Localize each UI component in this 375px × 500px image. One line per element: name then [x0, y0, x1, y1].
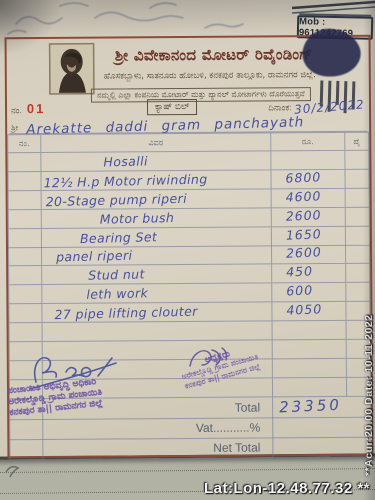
surface-dotted-line	[0, 468, 375, 473]
cell-desc: 27 pipe lifting clouter	[42, 303, 272, 324]
cell-rs: 2600	[272, 245, 346, 265]
cell-rs: 4600	[272, 189, 346, 209]
cell-rs	[271, 151, 345, 171]
cell-rs: 600	[272, 283, 346, 303]
cell-no	[8, 210, 42, 229]
stray-mark	[2, 458, 24, 480]
net-total-value-cell	[273, 436, 371, 458]
cell-no	[9, 323, 43, 342]
cell-no	[9, 439, 43, 460]
cell-no	[8, 285, 42, 304]
cell-rs	[273, 378, 347, 397]
gps-accuracy-date-overlay: **Acur:20.00 Date: 10-11-2022	[363, 86, 375, 476]
table-row-empty	[9, 321, 371, 342]
cell-desc: leth work	[42, 284, 272, 305]
net-total-label: Net Total	[43, 437, 273, 460]
cell-no	[8, 229, 42, 248]
cell-no	[8, 191, 42, 210]
cell-desc: Motor bush	[42, 208, 272, 229]
receipt-photo: Mob : 9611242769 ಶ್ರೀ ವಿವೇಕಾನಂದ ಮೋಟರ್ ರಿ…	[0, 0, 375, 500]
cell-no	[8, 304, 42, 323]
cell-desc: 20-Stage pump riperi	[42, 189, 272, 210]
cell-rs: 2600	[272, 208, 346, 228]
vat-value-cell	[273, 416, 371, 438]
bill-number-label: ನಂ.	[11, 105, 22, 116]
table-row: panel riperi 2600	[8, 245, 370, 266]
net-total-row: Net Total	[9, 436, 371, 459]
cell-desc: panel riperi	[42, 246, 272, 267]
shop-title: ಶ್ರೀ ವಿವೇಕಾನಂದ ಮೋಟರ್ ರಿವೈಂಡಿಂಗ್	[97, 45, 331, 65]
cash-bill-box: ಕ್ಯಾಷ್ ಬಿಲ್	[147, 99, 197, 115]
total-value-cell: 23350	[273, 396, 371, 418]
bill-number-value: 01	[27, 101, 46, 116]
col-header-details: ವಿವರ	[41, 133, 271, 153]
cell-no	[7, 172, 41, 191]
cell-rs: 450	[272, 264, 346, 284]
handwritten-total: 23350	[273, 395, 342, 416]
cell-no	[8, 266, 42, 285]
cell-desc: Bearing Set	[42, 227, 272, 248]
date-row: ದಿನಾಂಕ: 30/2/2022	[268, 99, 365, 114]
table-row: 27 pipe lifting clouter 4050	[8, 302, 370, 323]
date-label: ದಿನಾಂಕ:	[268, 102, 291, 113]
cell-desc	[43, 321, 273, 341]
vat-row: Vat...........%	[9, 416, 371, 439]
cell-no	[8, 247, 42, 266]
cell-rs: 4050	[272, 302, 346, 322]
sri-prefix: ಶ್ರೀ	[9, 123, 18, 133]
cell-no	[9, 419, 43, 440]
cell-desc: 12½ H.p Motor riwinding	[41, 170, 271, 191]
col-header-rs: ರೂ.	[271, 133, 345, 152]
cell-rs: 1650	[272, 226, 346, 246]
cell-no	[7, 153, 41, 172]
cell-desc: Hosalli	[41, 151, 271, 172]
vat-label: Vat...........%	[43, 417, 273, 440]
cell-rs: 6800	[271, 170, 345, 190]
cell-desc: Stud nut	[42, 265, 272, 286]
table-row: Stud nut 450	[8, 264, 370, 285]
gps-latlon-overlay: Lat:Lon-12.48.77.32 **	[204, 480, 370, 497]
bill-number-row: ನಂ. 01	[11, 101, 45, 116]
col-header-no: ನಂ.	[7, 135, 41, 153]
faint-scribbles	[0, 0, 300, 40]
